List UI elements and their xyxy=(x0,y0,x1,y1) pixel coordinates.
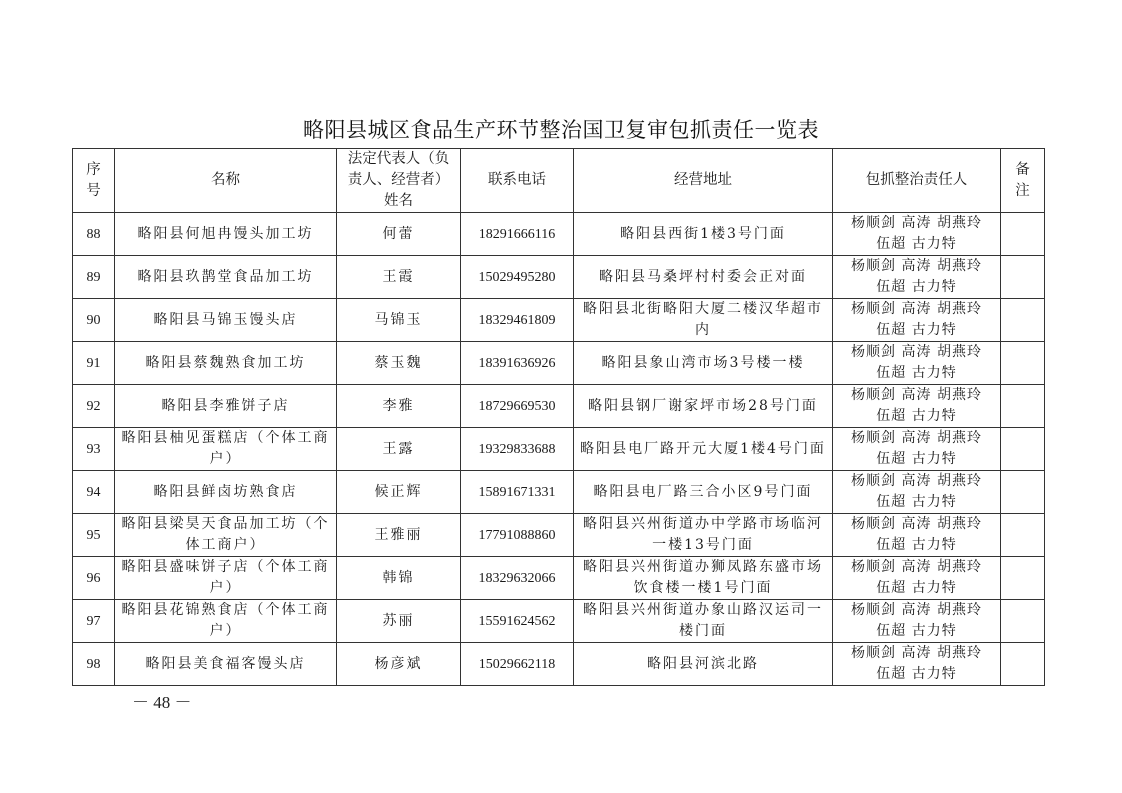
header-legal-rep: 法定代表人（负 责人、经营者） 姓名 xyxy=(337,149,461,213)
cell-legal-rep: 杨彦斌 xyxy=(337,643,461,686)
cell-responsible: 杨顺剑 高涛 胡燕玲伍超 古力特 xyxy=(833,385,1001,428)
cell-responsible: 杨顺剑 高涛 胡燕玲伍超 古力特 xyxy=(833,342,1001,385)
table-row: 92略阳县李雅饼子店李雅18729669530略阳县钢厂谢家坪市场28号门面杨顺… xyxy=(73,385,1045,428)
responsible-line: 伍超 古力特 xyxy=(836,535,997,556)
responsible-line: 伍超 古力特 xyxy=(836,277,997,298)
page-number: － 48 － xyxy=(132,688,192,713)
cell-remarks xyxy=(1001,471,1045,514)
cell-phone: 15029662118 xyxy=(461,643,574,686)
cell-address: 略阳县电厂路开元大厦1楼4号门面 xyxy=(574,428,833,471)
cell-name: 略阳县蔡魏熟食加工坊 xyxy=(115,342,337,385)
cell-legal-rep: 马锦玉 xyxy=(337,299,461,342)
header-phone: 联系电话 xyxy=(461,149,574,213)
cell-seq: 90 xyxy=(73,299,115,342)
responsible-line: 伍超 古力特 xyxy=(836,492,997,513)
responsible-line: 杨顺剑 高涛 胡燕玲 xyxy=(836,342,997,363)
cell-seq: 93 xyxy=(73,428,115,471)
document-title: 略阳县城区食品生产环节整治国卫复审包抓责任一览表 xyxy=(0,114,1122,144)
cell-name: 略阳县鲜卤坊熟食店 xyxy=(115,471,337,514)
table-row: 98略阳县美食福客馒头店杨彦斌15029662118略阳县河滨北路杨顺剑 高涛 … xyxy=(73,643,1045,686)
cell-remarks xyxy=(1001,643,1045,686)
cell-legal-rep: 蔡玉魏 xyxy=(337,342,461,385)
responsible-line: 伍超 古力特 xyxy=(836,449,997,470)
cell-responsible: 杨顺剑 高涛 胡燕玲伍超 古力特 xyxy=(833,514,1001,557)
responsible-line: 杨顺剑 高涛 胡燕玲 xyxy=(836,514,997,535)
cell-remarks xyxy=(1001,385,1045,428)
cell-address: 略阳县象山湾市场3号楼一楼 xyxy=(574,342,833,385)
cell-seq: 92 xyxy=(73,385,115,428)
cell-legal-rep: 苏丽 xyxy=(337,600,461,643)
cell-remarks xyxy=(1001,557,1045,600)
cell-address: 略阳县北街略阳大厦二楼汉华超市内 xyxy=(574,299,833,342)
cell-name: 略阳县马锦玉馒头店 xyxy=(115,299,337,342)
cell-name: 略阳县李雅饼子店 xyxy=(115,385,337,428)
responsible-line: 杨顺剑 高涛 胡燕玲 xyxy=(836,471,997,492)
header-seq: 序 号 xyxy=(73,149,115,213)
table-row: 94略阳县鲜卤坊熟食店候正辉15891671331略阳县电厂路三合小区9号门面杨… xyxy=(73,471,1045,514)
table-row: 97略阳县花锦熟食店（个体工商户）苏丽15591624562略阳县兴州街道办象山… xyxy=(73,600,1045,643)
header-responsible: 包抓整治责任人 xyxy=(833,149,1001,213)
cell-name: 略阳县花锦熟食店（个体工商户） xyxy=(115,600,337,643)
cell-responsible: 杨顺剑 高涛 胡燕玲伍超 古力特 xyxy=(833,428,1001,471)
cell-seq: 88 xyxy=(73,213,115,256)
responsible-line: 伍超 古力特 xyxy=(836,234,997,255)
header-legal-rep-line: 姓名 xyxy=(340,191,457,212)
table-header-row: 序 号 名称 法定代表人（负 责人、经营者） 姓名 联系电话 经营地址 包抓整治… xyxy=(73,149,1045,213)
cell-phone: 18291666116 xyxy=(461,213,574,256)
cell-legal-rep: 李雅 xyxy=(337,385,461,428)
cell-responsible: 杨顺剑 高涛 胡燕玲伍超 古力特 xyxy=(833,256,1001,299)
cell-legal-rep: 何蕾 xyxy=(337,213,461,256)
header-address: 经营地址 xyxy=(574,149,833,213)
cell-name: 略阳县盛味饼子店（个体工商户） xyxy=(115,557,337,600)
cell-legal-rep: 王霞 xyxy=(337,256,461,299)
responsible-line: 杨顺剑 高涛 胡燕玲 xyxy=(836,643,997,664)
cell-phone: 18391636926 xyxy=(461,342,574,385)
cell-remarks xyxy=(1001,299,1045,342)
cell-seq: 89 xyxy=(73,256,115,299)
cell-phone: 18729669530 xyxy=(461,385,574,428)
cell-seq: 97 xyxy=(73,600,115,643)
responsible-line: 杨顺剑 高涛 胡燕玲 xyxy=(836,213,997,234)
cell-address: 略阳县兴州街道办狮凤路东盛市场饮食楼一楼1号门面 xyxy=(574,557,833,600)
table-row: 88略阳县何旭冉馒头加工坊何蕾18291666116略阳县西街1楼3号门面杨顺剑… xyxy=(73,213,1045,256)
table-body: 88略阳县何旭冉馒头加工坊何蕾18291666116略阳县西街1楼3号门面杨顺剑… xyxy=(73,213,1045,686)
cell-remarks xyxy=(1001,600,1045,643)
responsible-line: 伍超 古力特 xyxy=(836,664,997,685)
header-legal-rep-line: 责人、经营者） xyxy=(340,170,457,191)
header-legal-rep-line: 法定代表人（负 xyxy=(340,149,457,170)
header-seq-line: 序 xyxy=(76,160,111,181)
cell-phone: 15029495280 xyxy=(461,256,574,299)
cell-address: 略阳县电厂路三合小区9号门面 xyxy=(574,471,833,514)
cell-responsible: 杨顺剑 高涛 胡燕玲伍超 古力特 xyxy=(833,557,1001,600)
table-row: 96略阳县盛味饼子店（个体工商户）韩锦18329632066略阳县兴州街道办狮凤… xyxy=(73,557,1045,600)
cell-seq: 98 xyxy=(73,643,115,686)
header-remarks: 备 注 xyxy=(1001,149,1045,213)
table-row: 89略阳县玖鹊堂食品加工坊王霞15029495280略阳县马桑坪村村委会正对面杨… xyxy=(73,256,1045,299)
cell-address: 略阳县西街1楼3号门面 xyxy=(574,213,833,256)
cell-address: 略阳县兴州街道办象山路汉运司一楼门面 xyxy=(574,600,833,643)
cell-seq: 94 xyxy=(73,471,115,514)
cell-legal-rep: 韩锦 xyxy=(337,557,461,600)
cell-remarks xyxy=(1001,213,1045,256)
cell-phone: 18329461809 xyxy=(461,299,574,342)
header-name: 名称 xyxy=(115,149,337,213)
cell-address: 略阳县马桑坪村村委会正对面 xyxy=(574,256,833,299)
cell-remarks xyxy=(1001,256,1045,299)
cell-address: 略阳县钢厂谢家坪市场28号门面 xyxy=(574,385,833,428)
cell-name: 略阳县柚见蛋糕店（个体工商户） xyxy=(115,428,337,471)
table-row: 90略阳县马锦玉馒头店马锦玉18329461809略阳县北街略阳大厦二楼汉华超市… xyxy=(73,299,1045,342)
responsibility-table: 序 号 名称 法定代表人（负 责人、经营者） 姓名 联系电话 经营地址 包抓整治… xyxy=(72,148,1045,686)
cell-name: 略阳县梁昊天食品加工坊（个体工商户） xyxy=(115,514,337,557)
cell-remarks xyxy=(1001,514,1045,557)
cell-phone: 17791088860 xyxy=(461,514,574,557)
responsible-line: 杨顺剑 高涛 胡燕玲 xyxy=(836,600,997,621)
cell-responsible: 杨顺剑 高涛 胡燕玲伍超 古力特 xyxy=(833,299,1001,342)
responsible-line: 伍超 古力特 xyxy=(836,578,997,599)
cell-phone: 15891671331 xyxy=(461,471,574,514)
cell-phone: 18329632066 xyxy=(461,557,574,600)
header-remarks-line: 备 xyxy=(1004,160,1041,181)
responsible-line: 杨顺剑 高涛 胡燕玲 xyxy=(836,557,997,578)
cell-phone: 19329833688 xyxy=(461,428,574,471)
cell-address: 略阳县兴州街道办中学路市场临河一楼13号门面 xyxy=(574,514,833,557)
responsible-line: 伍超 古力特 xyxy=(836,363,997,384)
cell-phone: 15591624562 xyxy=(461,600,574,643)
header-seq-line: 号 xyxy=(76,181,111,202)
responsible-line: 杨顺剑 高涛 胡燕玲 xyxy=(836,256,997,277)
responsible-line: 杨顺剑 高涛 胡燕玲 xyxy=(836,299,997,320)
table-row: 93略阳县柚见蛋糕店（个体工商户）王露19329833688略阳县电厂路开元大厦… xyxy=(73,428,1045,471)
cell-seq: 95 xyxy=(73,514,115,557)
cell-remarks xyxy=(1001,342,1045,385)
cell-responsible: 杨顺剑 高涛 胡燕玲伍超 古力特 xyxy=(833,643,1001,686)
cell-name: 略阳县何旭冉馒头加工坊 xyxy=(115,213,337,256)
cell-responsible: 杨顺剑 高涛 胡燕玲伍超 古力特 xyxy=(833,471,1001,514)
cell-responsible: 杨顺剑 高涛 胡燕玲伍超 古力特 xyxy=(833,213,1001,256)
header-remarks-line: 注 xyxy=(1004,181,1041,202)
cell-legal-rep: 王露 xyxy=(337,428,461,471)
responsible-line: 伍超 古力特 xyxy=(836,621,997,642)
cell-seq: 96 xyxy=(73,557,115,600)
cell-seq: 91 xyxy=(73,342,115,385)
cell-legal-rep: 候正辉 xyxy=(337,471,461,514)
table-row: 95略阳县梁昊天食品加工坊（个体工商户）王雅丽17791088860略阳县兴州街… xyxy=(73,514,1045,557)
cell-name: 略阳县美食福客馒头店 xyxy=(115,643,337,686)
cell-remarks xyxy=(1001,428,1045,471)
cell-responsible: 杨顺剑 高涛 胡燕玲伍超 古力特 xyxy=(833,600,1001,643)
responsible-line: 杨顺剑 高涛 胡燕玲 xyxy=(836,428,997,449)
cell-address: 略阳县河滨北路 xyxy=(574,643,833,686)
responsible-line: 伍超 古力特 xyxy=(836,320,997,341)
responsible-line: 杨顺剑 高涛 胡燕玲 xyxy=(836,385,997,406)
responsible-line: 伍超 古力特 xyxy=(836,406,997,427)
table-row: 91略阳县蔡魏熟食加工坊蔡玉魏18391636926略阳县象山湾市场3号楼一楼杨… xyxy=(73,342,1045,385)
cell-name: 略阳县玖鹊堂食品加工坊 xyxy=(115,256,337,299)
cell-legal-rep: 王雅丽 xyxy=(337,514,461,557)
